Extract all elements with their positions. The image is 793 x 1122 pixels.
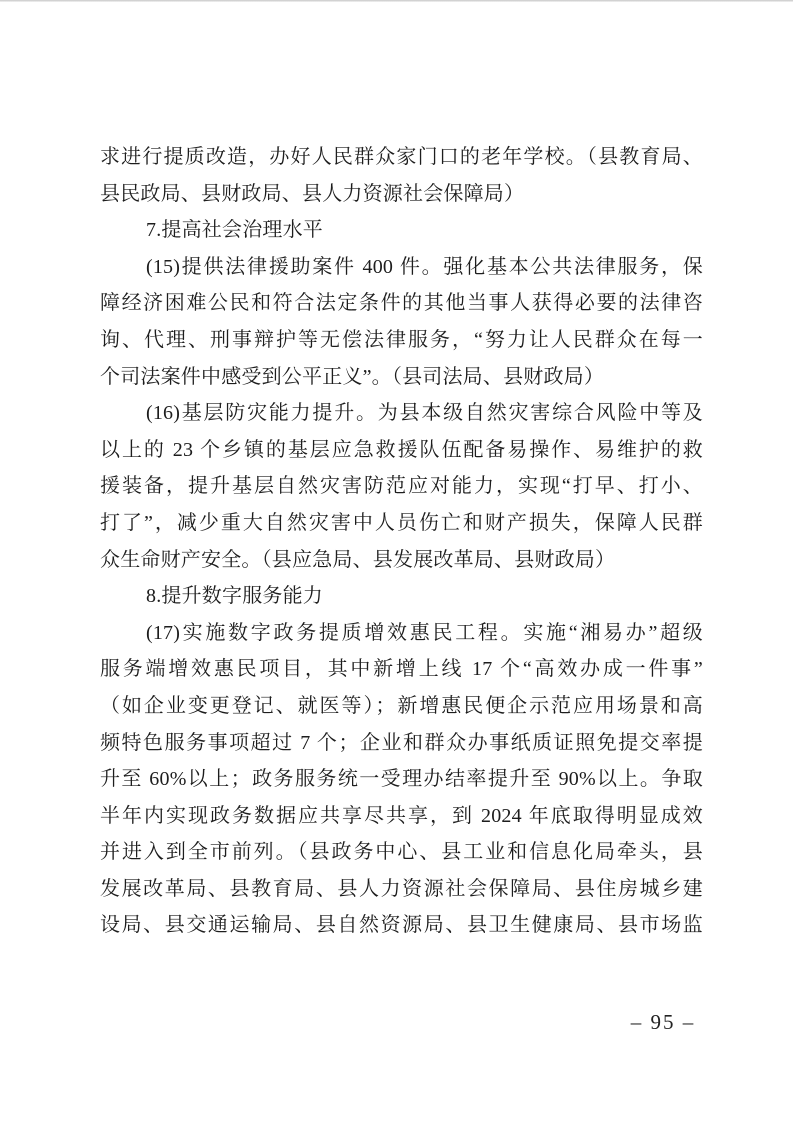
- page-number: – 95 –: [612, 1010, 714, 1035]
- text-line: 援装备，提升基层自然灾害防范应对能力，实现“打早、打小、: [100, 468, 703, 505]
- text-line: 个司法案件中感受到公平正义”。（县司法局、县财政局）: [100, 359, 703, 396]
- text-line: 发展改革局、县教育局、县人力资源社会保障局、县住房城乡建: [100, 871, 703, 908]
- text-line: 以上的 23 个乡镇的基层应急救援队伍配备易操作、易维护的救: [100, 432, 703, 469]
- text-line: (16)基层防灾能力提升。为县本级自然灾害综合风险中等及: [100, 395, 703, 432]
- section-heading: 7.提高社会治理水平: [100, 212, 703, 249]
- text-line: 服务端增效惠民项目，其中新增上线 17 个“高效办成一件事”: [100, 651, 703, 688]
- text-line: 升至 60%以上；政务服务统一受理办结率提升至 90%以上。争取: [100, 761, 703, 798]
- text-line: 障经济困难公民和符合法定条件的其他当事人获得必要的法律咨: [100, 285, 703, 322]
- page-top-edge: [0, 0, 793, 2]
- text-line: (15)提供法律援助案件 400 件。强化基本公共法律服务，保: [100, 249, 703, 286]
- text-line: (17)实施数字政务提质增效惠民工程。实施“湘易办”超级: [100, 615, 703, 652]
- text-line: 众生命财产安全。（县应急局、县发展改革局、县财政局）: [100, 542, 703, 579]
- text-line: （如企业变更登记、就医等）；新增惠民便企示范应用场景和高: [100, 688, 703, 725]
- text-line: 打了”，减少重大自然灾害中人员伤亡和财产损失，保障人民群: [100, 505, 703, 542]
- text-line: 求进行提质改造，办好人民群众家门口的老年学校。（县教育局、: [100, 139, 703, 176]
- text-line: 县民政局、县财政局、县人力资源社会保障局）: [100, 176, 703, 213]
- document-body: 求进行提质改造，办好人民群众家门口的老年学校。（县教育局、 县民政局、县财政局、…: [100, 139, 703, 944]
- text-line: 设局、县交通运输局、县自然资源局、县卫生健康局、县市场监: [100, 907, 703, 944]
- text-line: 并进入到全市前列。（县政务中心、县工业和信息化局牵头，县: [100, 834, 703, 871]
- text-line: 频特色服务事项超过 7 个；企业和群众办事纸质证照免提交率提: [100, 725, 703, 762]
- section-heading: 8.提升数字服务能力: [100, 578, 703, 615]
- text-line: 半年内实现政务数据应共享尽共享，到 2024 年底取得明显成效: [100, 798, 703, 835]
- text-line: 询、代理、刑事辩护等无偿法律服务，“努力让人民群众在每一: [100, 322, 703, 359]
